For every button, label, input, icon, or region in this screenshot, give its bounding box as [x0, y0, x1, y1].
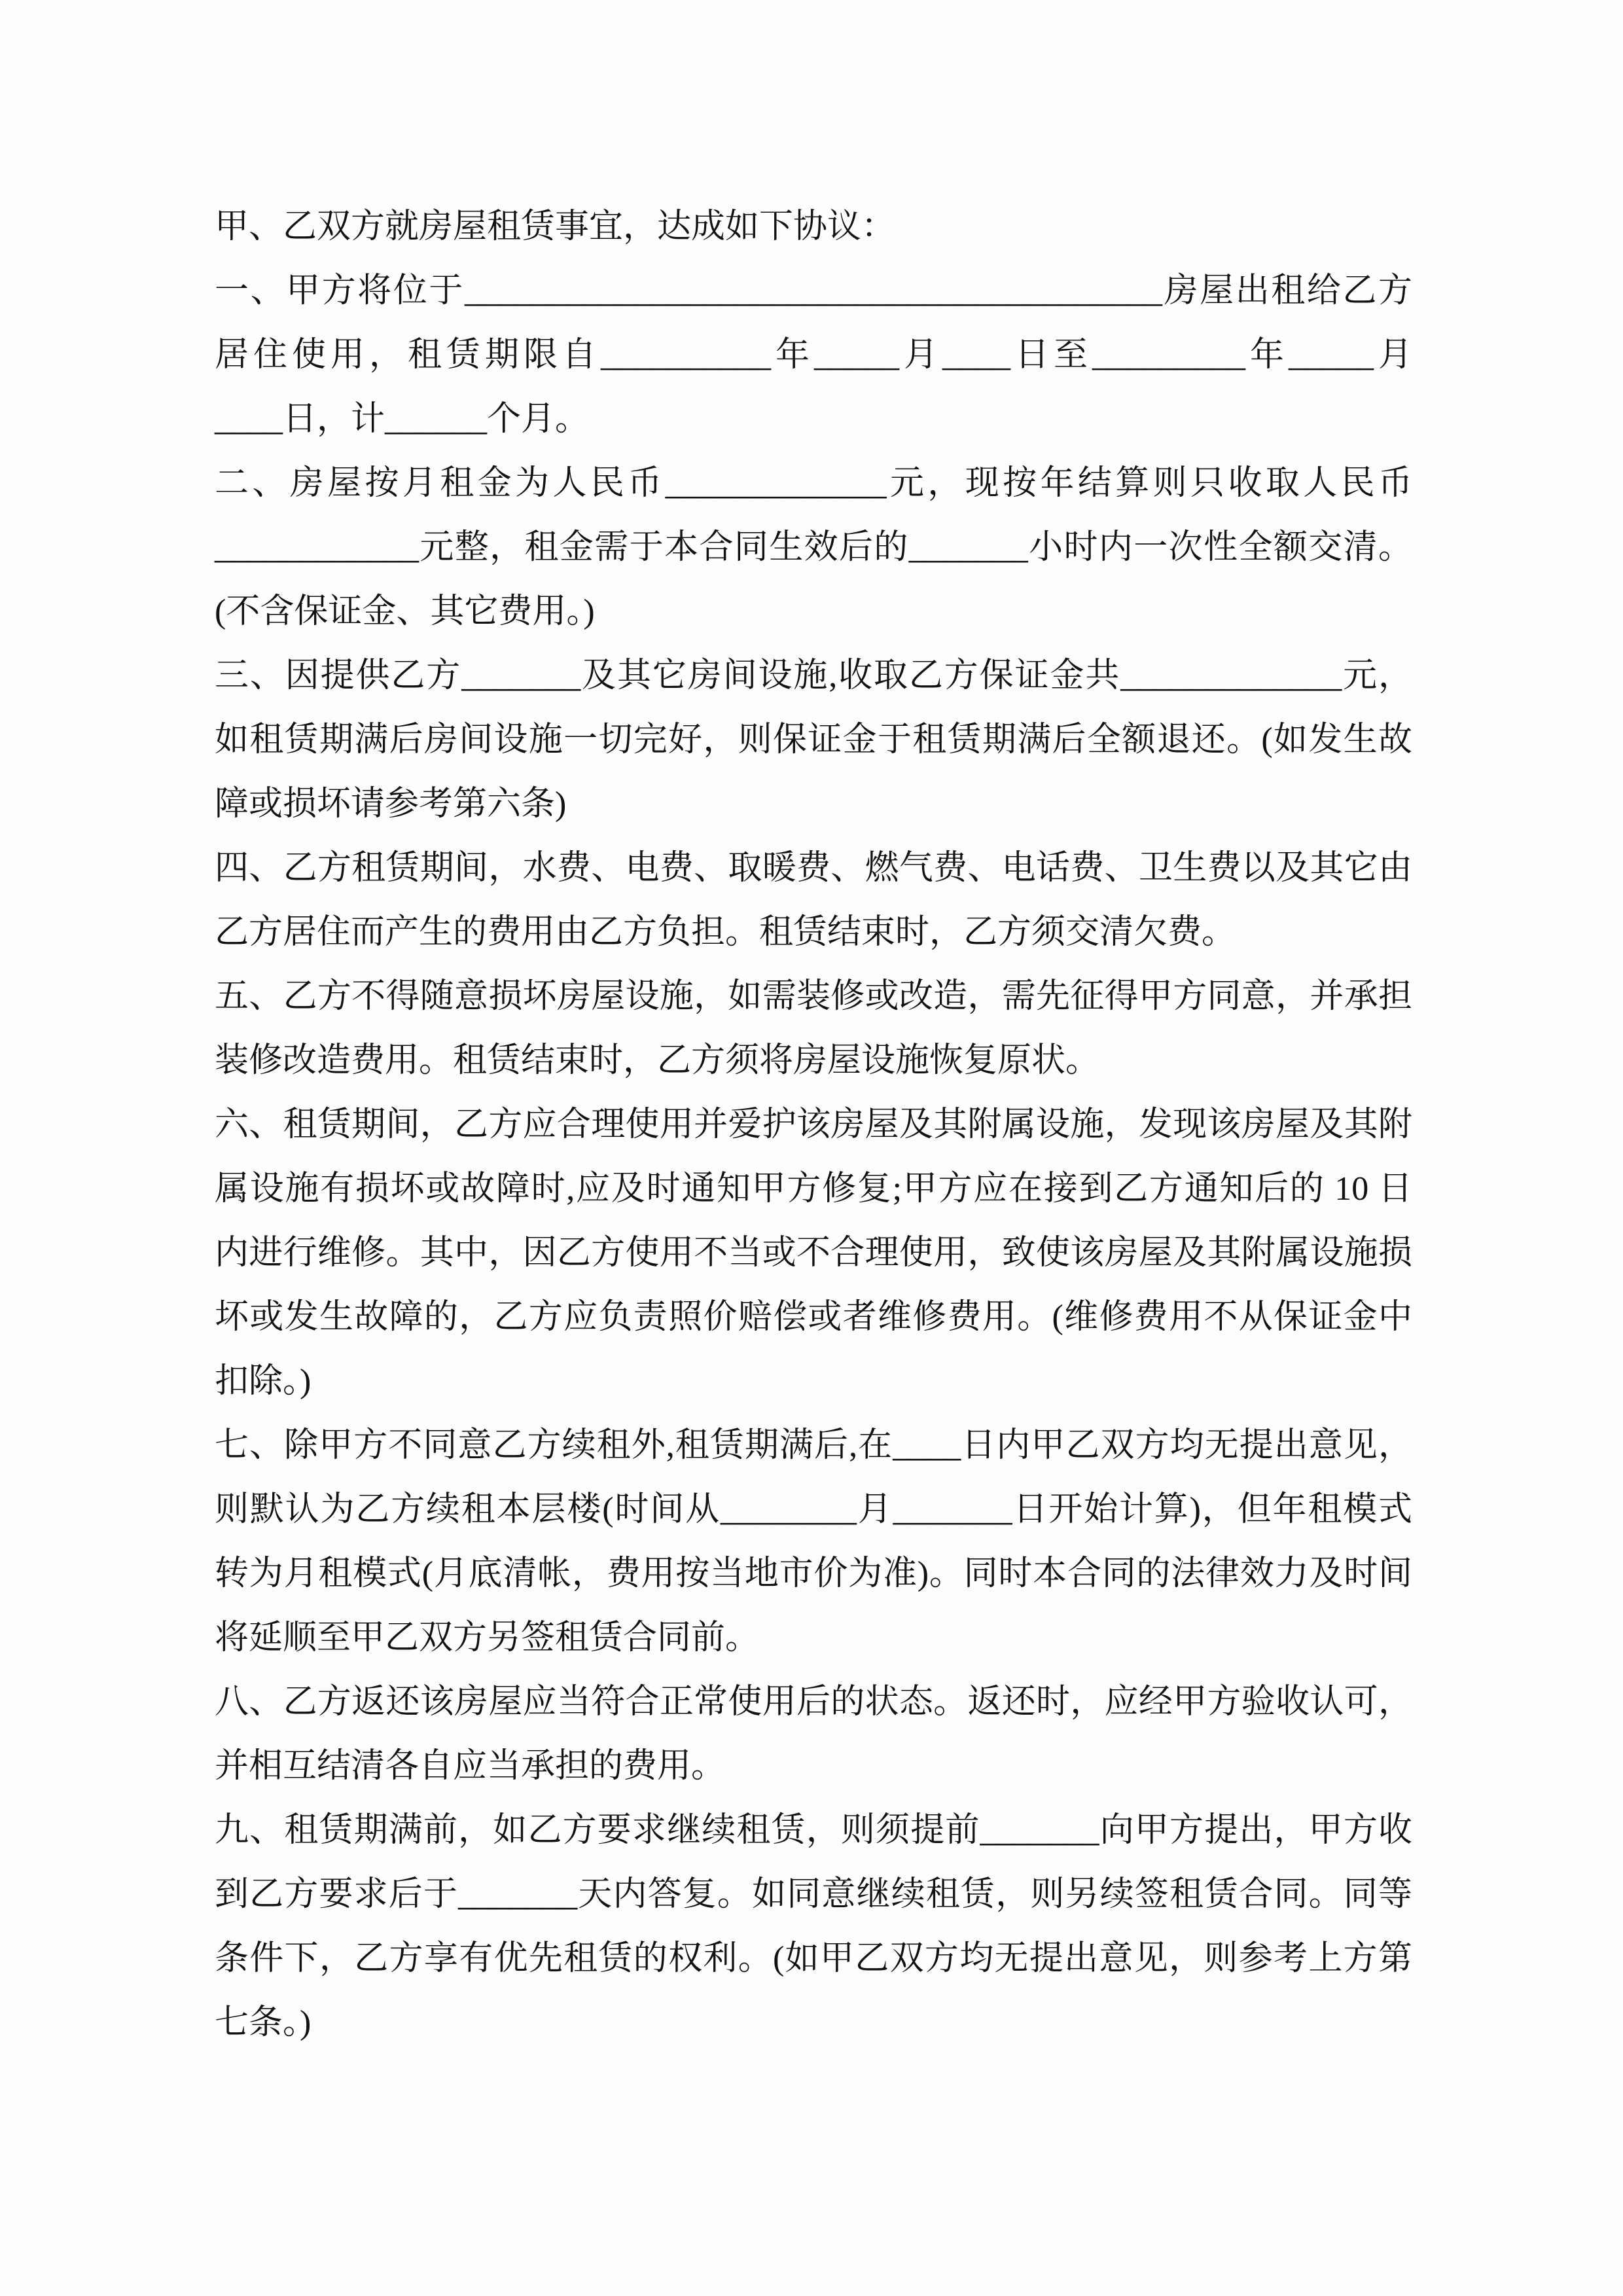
contract-line-24: 八、乙方返还该房屋应当符合正常使用后的状态。返还时，应经甲方验收认可， [215, 1670, 1412, 1734]
contract-line-17: 内进行维修。其中，因乙方使用不当或不合理使用，致使该房屋及其附属设施损 [215, 1221, 1412, 1285]
contract-line-25: 并相互结清各自应当承担的费用。 [215, 1734, 1412, 1799]
contract-line-12: 乙方居住而产生的费用由乙方负担。租赁结束时，乙方须交清欠费。 [215, 901, 1412, 965]
contract-line-21: 则默认为乙方续租本层楼(时间从________月_______日开始计算)，但年… [215, 1478, 1412, 1542]
contract-line-22: 转为月租模式(月底清帐，费用按当地市价为准)。同时本合同的法律效力及时间 [215, 1542, 1412, 1606]
contract-line-8: 三、因提供乙方_______及其它房间设施,收取乙方保证金共__________… [215, 644, 1412, 708]
contract-line-29: 七条。) [215, 1991, 1412, 2055]
contract-line-11: 四、乙方租赁期间，水费、电费、取暖费、燃气费、电话费、卫生费以及其它由 [215, 836, 1412, 901]
contract-line-26: 九、租赁期满前，如乙方要求继续租赁，则须提前_______向甲方提出，甲方收 [215, 1799, 1412, 1863]
contract-line-20: 七、除甲方不同意乙方续租外,租赁期满后,在____日内甲乙双方均无提出意见， [215, 1414, 1412, 1478]
contract-line-18: 坏或发生故障的，乙方应负责照价赔偿或者维修费用。(维修费用不从保证金中 [215, 1285, 1412, 1350]
contract-line-2: 一、甲方将位于_________________________________… [215, 259, 1412, 323]
contract-line-19: 扣除。) [215, 1350, 1412, 1414]
scanned-contract-page: 甲、乙双方就房屋租赁事宜，达成如下协议：一、甲方将位于_____________… [0, 0, 1623, 2296]
contract-line-14: 装修改造费用。租赁结束时，乙方须将房屋设施恢复原状。 [215, 1029, 1412, 1093]
contract-line-28: 条件下，乙方享有优先租赁的权利。(如甲乙双方均无提出意见，则参考上方第 [215, 1927, 1412, 1991]
contract-line-6: ____________元整，租金需于本合同生效后的_______小时内一次性全… [215, 516, 1412, 580]
contract-line-10: 障或损坏请参考第六条) [215, 772, 1412, 836]
contract-line-13: 五、乙方不得随意损坏房屋设施，如需装修或改造，需先征得甲方同意，并承担 [215, 965, 1412, 1029]
contract-line-23: 将延顺至甲乙双方另签租赁合同前。 [215, 1606, 1412, 1670]
contract-line-27: 到乙方要求后于_______天内答复。如同意继续租赁，则另续签租赁合同。同等 [215, 1863, 1412, 1927]
contract-line-5: 二、房屋按月租金为人民币_____________元，现按年结算则只收取人民币 [215, 452, 1412, 516]
contract-line-4: ____日，计______个月。 [215, 387, 1412, 452]
contract-text-block: 甲、乙双方就房屋租赁事宜，达成如下协议：一、甲方将位于_____________… [215, 195, 1412, 2055]
contract-line-3: 居住使用，租赁期限自__________年_____月____日至_______… [215, 323, 1412, 387]
contract-line-1: 甲、乙双方就房屋租赁事宜，达成如下协议： [215, 195, 1412, 259]
contract-line-7: (不含保证金、其它费用。) [215, 580, 1412, 644]
contract-line-16: 属设施有损坏或故障时,应及时通知甲方修复;甲方应在接到乙方通知后的 10 日 [215, 1157, 1412, 1221]
contract-line-9: 如租赁期满后房间设施一切完好，则保证金于租赁期满后全额退还。(如发生故 [215, 708, 1412, 772]
contract-line-15: 六、租赁期间，乙方应合理使用并爱护该房屋及其附属设施，发现该房屋及其附 [215, 1093, 1412, 1157]
